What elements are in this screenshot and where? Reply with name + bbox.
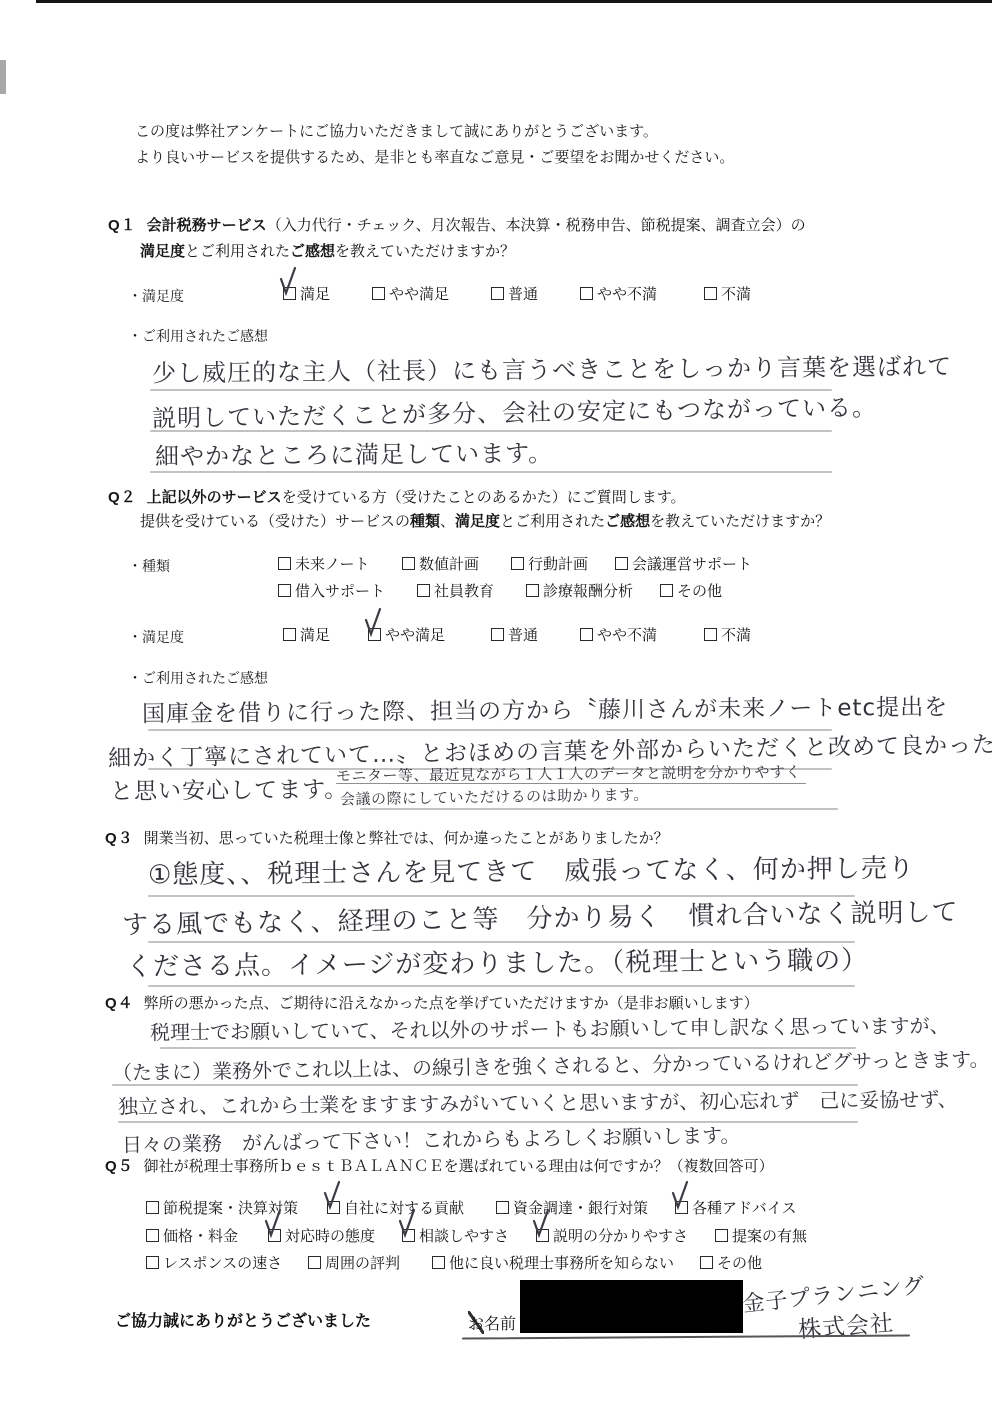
option-label: その他 [677,580,722,601]
checkbox [268,1229,281,1242]
checkbox [615,557,628,570]
scanned-survey-page: この度は弊社アンケートにご協力いただきまして誠にありがとうございます。 より良い… [0,0,992,1403]
answer-underline [150,471,832,473]
checkbox-option: 節税提案・決算対策 [146,1197,298,1218]
checkbox-option: 不満 [704,283,751,304]
checkbox-option: やや満足 [372,283,449,304]
company-name-line2: 株式会社 [797,1305,895,1345]
checkbox [660,584,673,597]
q4-handwritten-line: 税理士でお願いしていて、それ以外のサポートもお願いして申し訳なく思っていますが、 [150,1010,950,1046]
checkbox [526,584,539,597]
option-label: 診療報酬分析 [543,580,633,601]
q5-options-row1: 節税提案・決算対策 自社に対する貢献 資金調達・銀行対策 各種アドバイス [0,1197,992,1223]
q2-types-label: ・種類 [128,556,170,576]
checkbox [715,1229,728,1242]
checkbox [536,1229,549,1242]
option-label: レスポンスの速さ [163,1252,282,1273]
note-underline [336,783,806,784]
checkbox-option: 満足 [283,283,330,304]
q1-handwritten-line: 説明していただくことが多分、会社の安定にもつながっている。 [152,387,877,433]
option-label: 節税提案・決算対策 [163,1197,298,1218]
q1-satisfaction-row: ・満足度 満足 やや満足 普通 やや不満 不満 [0,283,992,309]
q2-types-row1: ・種類 未来ノート 数値計画 行動計画 会議運営サポート [0,553,992,579]
checkbox-option: 借入サポート [278,580,385,601]
checkbox [496,1201,509,1214]
option-label: 他に良い税理士事務所を知らない [449,1252,674,1273]
q2-satisfaction-label: ・満足度 [128,627,184,647]
q4-handwritten-line: （たまに）業務外でこれ以上は、の線引きを強くされると、分かっているけれどグサっと… [112,1043,990,1086]
checkbox [704,628,717,641]
option-label: 満足 [300,283,330,304]
checkbox [283,628,296,641]
checkbox-option: やや満足 [368,624,445,645]
answer-underline [150,430,832,432]
q1-title-line2: 満足度とご利用されたご感想を教えていただけますか？ [140,240,515,261]
checkbox [283,287,296,300]
q2-title-line1: Q２上記以外のサービスを受けている方（受けたことのあるかた）にご質問します。 [108,486,686,507]
q4-title: Q４弊所の悪かった点、ご期待に沿えなかった点を挙げていただけますか（是非お願いし… [105,992,759,1013]
checkbox-option: その他 [660,580,722,601]
checkbox [432,1256,445,1269]
q3-handwritten-line: くださる点。イメージが変わりました。（税理士という職の） [126,940,869,983]
checkbox [146,1256,159,1269]
option-label: 周囲の評判 [325,1252,400,1273]
checkbox-option: 資金調達・銀行対策 [496,1197,648,1218]
checkbox [704,287,717,300]
option-label: 不満 [721,283,751,304]
checkbox-option: 数値計画 [402,553,479,574]
checkbox-option: 未来ノート [278,553,370,574]
checkbox-option: やや不満 [580,624,657,645]
q5-options-row2: 価格・料金 対応時の態度 相談しやすさ 説明の分かりやすさ 提案の有無 [0,1225,992,1251]
checkbox [146,1229,159,1242]
checkbox-option: 対応時の態度 [268,1225,375,1246]
q4-number: Q４ [105,995,134,1012]
option-label: 価格・料金 [163,1225,238,1246]
option-label: 資金調達・銀行対策 [513,1197,648,1218]
option-label: 未来ノート [295,553,370,574]
q1-number: Q１ [108,217,137,234]
q2-note-line: 会議の際にしていただけるのは助かります。 [340,784,649,810]
checkbox [402,1229,415,1242]
q3-handwritten-line: する風でもなく、経理のこと等 分かり易く 慣れ合いなく説明して [122,891,959,941]
checkbox-option: 提案の有無 [715,1225,807,1246]
q2-comment-label: ・ご利用されたご感想 [128,668,268,688]
checkbox-option: 他に良い税理士事務所を知らない [432,1252,674,1273]
answer-underline [360,808,838,810]
q1-handwritten-line: 細やかなところに満足しています。 [155,433,553,471]
option-label: 各種アドバイス [692,1197,797,1218]
checkbox-option: 会議運営サポート [615,553,752,574]
q1-satisfaction-label: ・満足度 [128,286,184,306]
checkbox-option: 相談しやすさ [402,1225,509,1246]
checkbox [675,1201,688,1214]
q5-title: Q５御社が税理士事務所ｂｅｓｔＢＡＬＡＮＣＥを選ばれている理由は何ですか？（複数… [105,1155,774,1176]
q3-title: Q３開業当初、思っていた税理士像と弊社では、何か違ったことがありましたか？ [105,827,669,848]
q2-number: Q２ [108,489,137,506]
q4-handwritten-line: 独立され、これから士業をますますみがいていくと思いますが、初心忘れず 己に妥協せ… [118,1083,958,1119]
name-label-struck-char: お [468,1311,484,1334]
option-label: やや不満 [597,283,657,304]
option-label: 自社に対する貢献 [344,1197,464,1218]
thanks-text: ご協力誠にありがとうございました [115,1308,371,1331]
option-label: 満足 [300,624,330,645]
q1-comment-label: ・ご利用されたご感想 [128,326,268,346]
option-label: 借入サポート [295,580,385,601]
checkbox [308,1256,321,1269]
q3-handwritten-line: ①態度、、税理士さんを見てきて 威張ってなく、何か押し売り [148,848,915,892]
option-label: やや満足 [389,283,449,304]
checkbox-option: やや不満 [580,283,657,304]
q3-number: Q３ [105,830,134,847]
checkbox [580,628,593,641]
checkbox-option: 説明の分かりやすさ [536,1225,688,1246]
checkbox [491,628,504,641]
q2-types-row2: 借入サポート 社員教育 診療報酬分析 その他 [0,580,992,606]
checkbox [580,287,593,300]
q5-options-row3: レスポンスの速さ 周囲の評判 他に良い税理士事務所を知らない その他 [0,1252,992,1278]
option-label: 相談しやすさ [419,1225,509,1246]
checkbox [327,1201,340,1214]
scan-artifact-top-edge [36,0,992,3]
checkbox [417,584,430,597]
option-label: 普通 [508,624,538,645]
intro-line-2: より良いサービスを提供するため、是非とも率直なご意見・ご要望をお聞かせください。 [135,146,734,167]
checkbox [511,557,524,570]
option-label: 対応時の態度 [285,1225,375,1246]
option-label: やや満足 [385,624,445,645]
checkbox-option: 普通 [491,624,538,645]
checkbox-option: 診療報酬分析 [526,580,633,601]
checkbox-option: 周囲の評判 [308,1252,400,1273]
checkbox-option: 普通 [491,283,538,304]
name-label: お名前 [468,1311,516,1334]
checkbox-option: 各種アドバイス [675,1197,797,1218]
q1-handwritten-line: 少し威圧的な主人（社長）にも言うべきことをしっかり言葉を選ばれて [152,347,952,389]
option-label: 不満 [721,624,751,645]
checkbox [278,584,291,597]
q5-number: Q５ [105,1158,134,1175]
checkbox [402,557,415,570]
checkbox-option: その他 [700,1252,762,1273]
option-label: 行動計画 [528,553,588,574]
checkbox [372,287,385,300]
checkbox-option: 満足 [283,624,330,645]
checkbox-option: 不満 [704,624,751,645]
checkbox-option: 自社に対する貢献 [327,1197,464,1218]
option-label: 社員教育 [434,580,494,601]
q2-title-line2: 提供を受けている（受けた）サービスの種類、満足度とご利用されたご感想を教えていた… [140,510,830,531]
q2-handwritten-line: 国庫金を借りに行った際、担当の方から〝藤川さんが未来ノートetc提出を [142,688,948,728]
checkbox-option: 行動計画 [511,553,588,574]
checkbox-option: 価格・料金 [146,1225,238,1246]
q4-handwritten-line: 日々の業務 がんばって下さい！これからもよろしくお願いします。 [122,1119,741,1158]
checkbox-option: レスポンスの速さ [146,1252,282,1273]
redaction-box [520,1280,743,1333]
q1-title-line1: Q１会計税務サービス（入力代行・チェック、月次報告、本決算・税務申告、節税提案、… [108,214,806,235]
option-label: やや不満 [597,624,657,645]
intro-line-1: この度は弊社アンケートにご協力いただきまして誠にありがとうございます。 [135,120,658,141]
scan-artifact-left-smudge [0,60,6,94]
option-label: 説明の分かりやすさ [553,1225,688,1246]
checkbox [700,1256,713,1269]
checkbox [278,557,291,570]
checkbox [146,1201,159,1214]
q2-handwritten-line: と思い安心してます。 [110,771,348,806]
checkbox [491,287,504,300]
option-label: 会議運営サポート [632,553,752,574]
option-label: その他 [717,1252,762,1273]
option-label: 提案の有無 [732,1225,807,1246]
option-label: 数値計画 [419,553,479,574]
q2-satisfaction-row: ・満足度 満足 やや満足 普通 やや不満 不満 [0,624,992,650]
option-label: 普通 [508,283,538,304]
checkbox [368,628,381,641]
answer-underline [148,985,855,987]
checkbox-option: 社員教育 [417,580,494,601]
